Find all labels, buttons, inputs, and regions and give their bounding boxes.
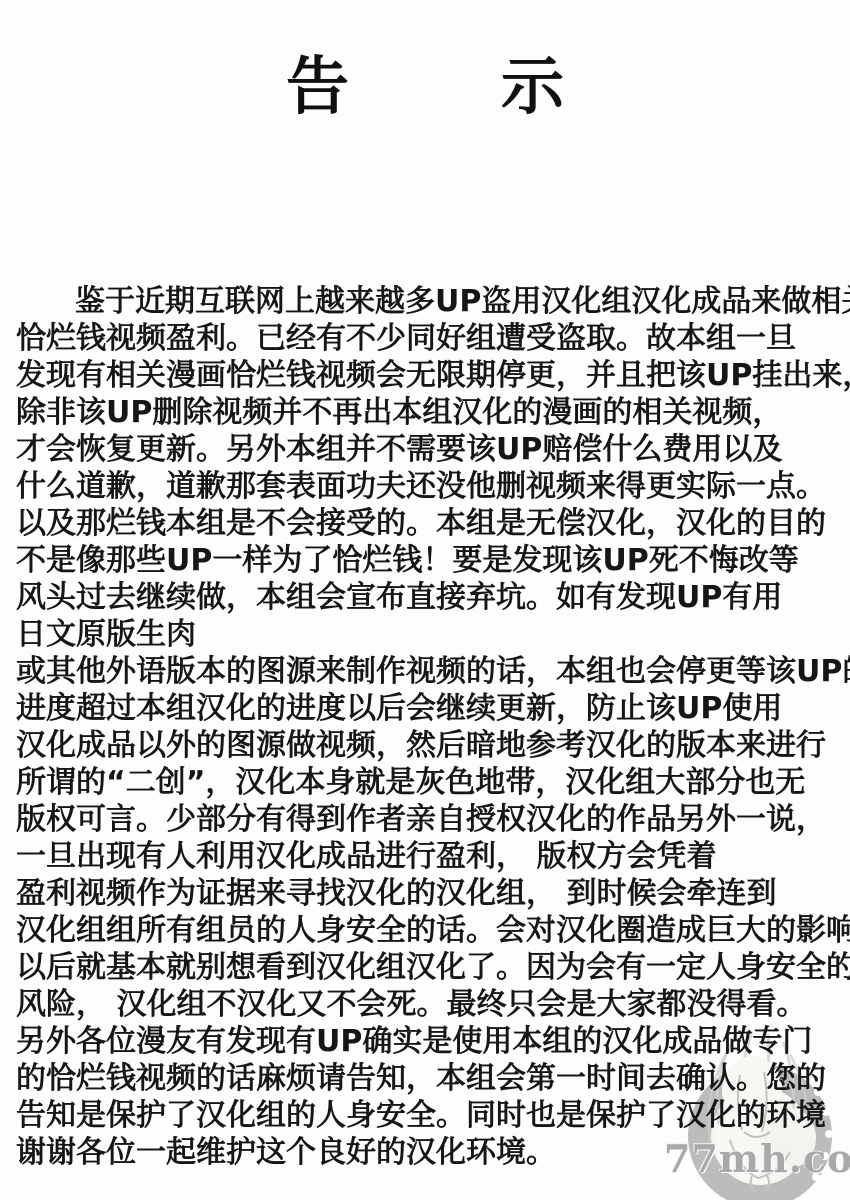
notice-line: 除非该UP删除视频并不再出本组汉化的漫画的相关视频， — [16, 394, 842, 431]
title-char-1: 告 — [286, 52, 349, 121]
notice-line: 恰烂钱视频盈利。已经有不少同好组遭受盗取。故本组一旦 — [16, 320, 842, 357]
notice-line: 版权可言。少部分有得到作者亲自授权汉化的作品另外一说， — [16, 801, 842, 838]
notice-line: 鉴于近期互联网上越来越多UP盗用汉化组汉化成品来做相关 — [16, 283, 842, 320]
watermark-site-text: 77mh.com — [664, 1136, 850, 1181]
notice-line: 告知是保护了汉化组的人身安全。同时也是保护了汉化的环境 — [16, 1097, 842, 1134]
notice-line: 汉化组组所有组员的人身安全的话。会对汉化圈造成巨大的影响， — [16, 912, 842, 949]
notice-line: 所谓的“二创”，汉化本身就是灰色地带，汉化组大部分也无 — [16, 764, 842, 801]
notice-line: 汉化成品以外的图源做视频，然后暗地参考汉化的版本来进行 — [16, 727, 842, 764]
notice-page: 告 示 鉴于近期互联网上越来越多UP盗用汉化组汉化成品来做相关恰烂钱视频盈利。已… — [0, 0, 850, 1200]
notice-line: 一旦出现有人利用汉化成品进行盈利， 版权方会凭着 — [16, 838, 842, 875]
title-char-2: 示 — [501, 52, 564, 121]
notice-line: 风头过去继续做，本组会宣布直接弃坑。如有发现UP有用 — [16, 579, 842, 616]
notice-line: 进度超过本组汉化的进度以后会继续更新，防止该UP使用 — [16, 690, 842, 727]
notice-line: 另外各位漫友有发现有UP确实是使用本组的汉化成品做专门 — [16, 1023, 842, 1060]
notice-line: 不是像那些UP一样为了恰烂钱！要是发现该UP死不悔改等 — [16, 542, 842, 579]
notice-line: 或其他外语版本的图源来制作视频的话，本组也会停更等该UP的 — [16, 653, 842, 690]
notice-line: 风险， 汉化组不汉化又不会死。最终只会是大家都没得看。 — [16, 986, 842, 1023]
page-title: 告 示 — [0, 52, 850, 121]
notice-line: 日文原版生肉 — [16, 616, 842, 653]
notice-line: 以及那烂钱本组是不会接受的。本组是无偿汉化，汉化的目的 — [16, 505, 842, 542]
notice-line: 发现有相关漫画恰烂钱视频会无限期停更，并且把该UP挂出来， — [16, 357, 842, 394]
notice-line: 才会恢复更新。另外本组并不需要该UP赔偿什么费用以及 — [16, 431, 842, 468]
notice-line: 的恰烂钱视频的话麻烦请告知，本组会第一时间去确认。您的 — [16, 1060, 842, 1097]
notice-body: 鉴于近期互联网上越来越多UP盗用汉化组汉化成品来做相关恰烂钱视频盈利。已经有不少… — [16, 283, 842, 1171]
notice-line: 什么道歉，道歉那套表面功夫还没他删视频来得更实际一点。 — [16, 468, 842, 505]
notice-line: 以后就基本就别想看到汉化组汉化了。因为会有一定人身安全的 — [16, 949, 842, 986]
notice-line: 盈利视频作为证据来寻找汉化的汉化组， 到时候会牵连到 — [16, 875, 842, 912]
